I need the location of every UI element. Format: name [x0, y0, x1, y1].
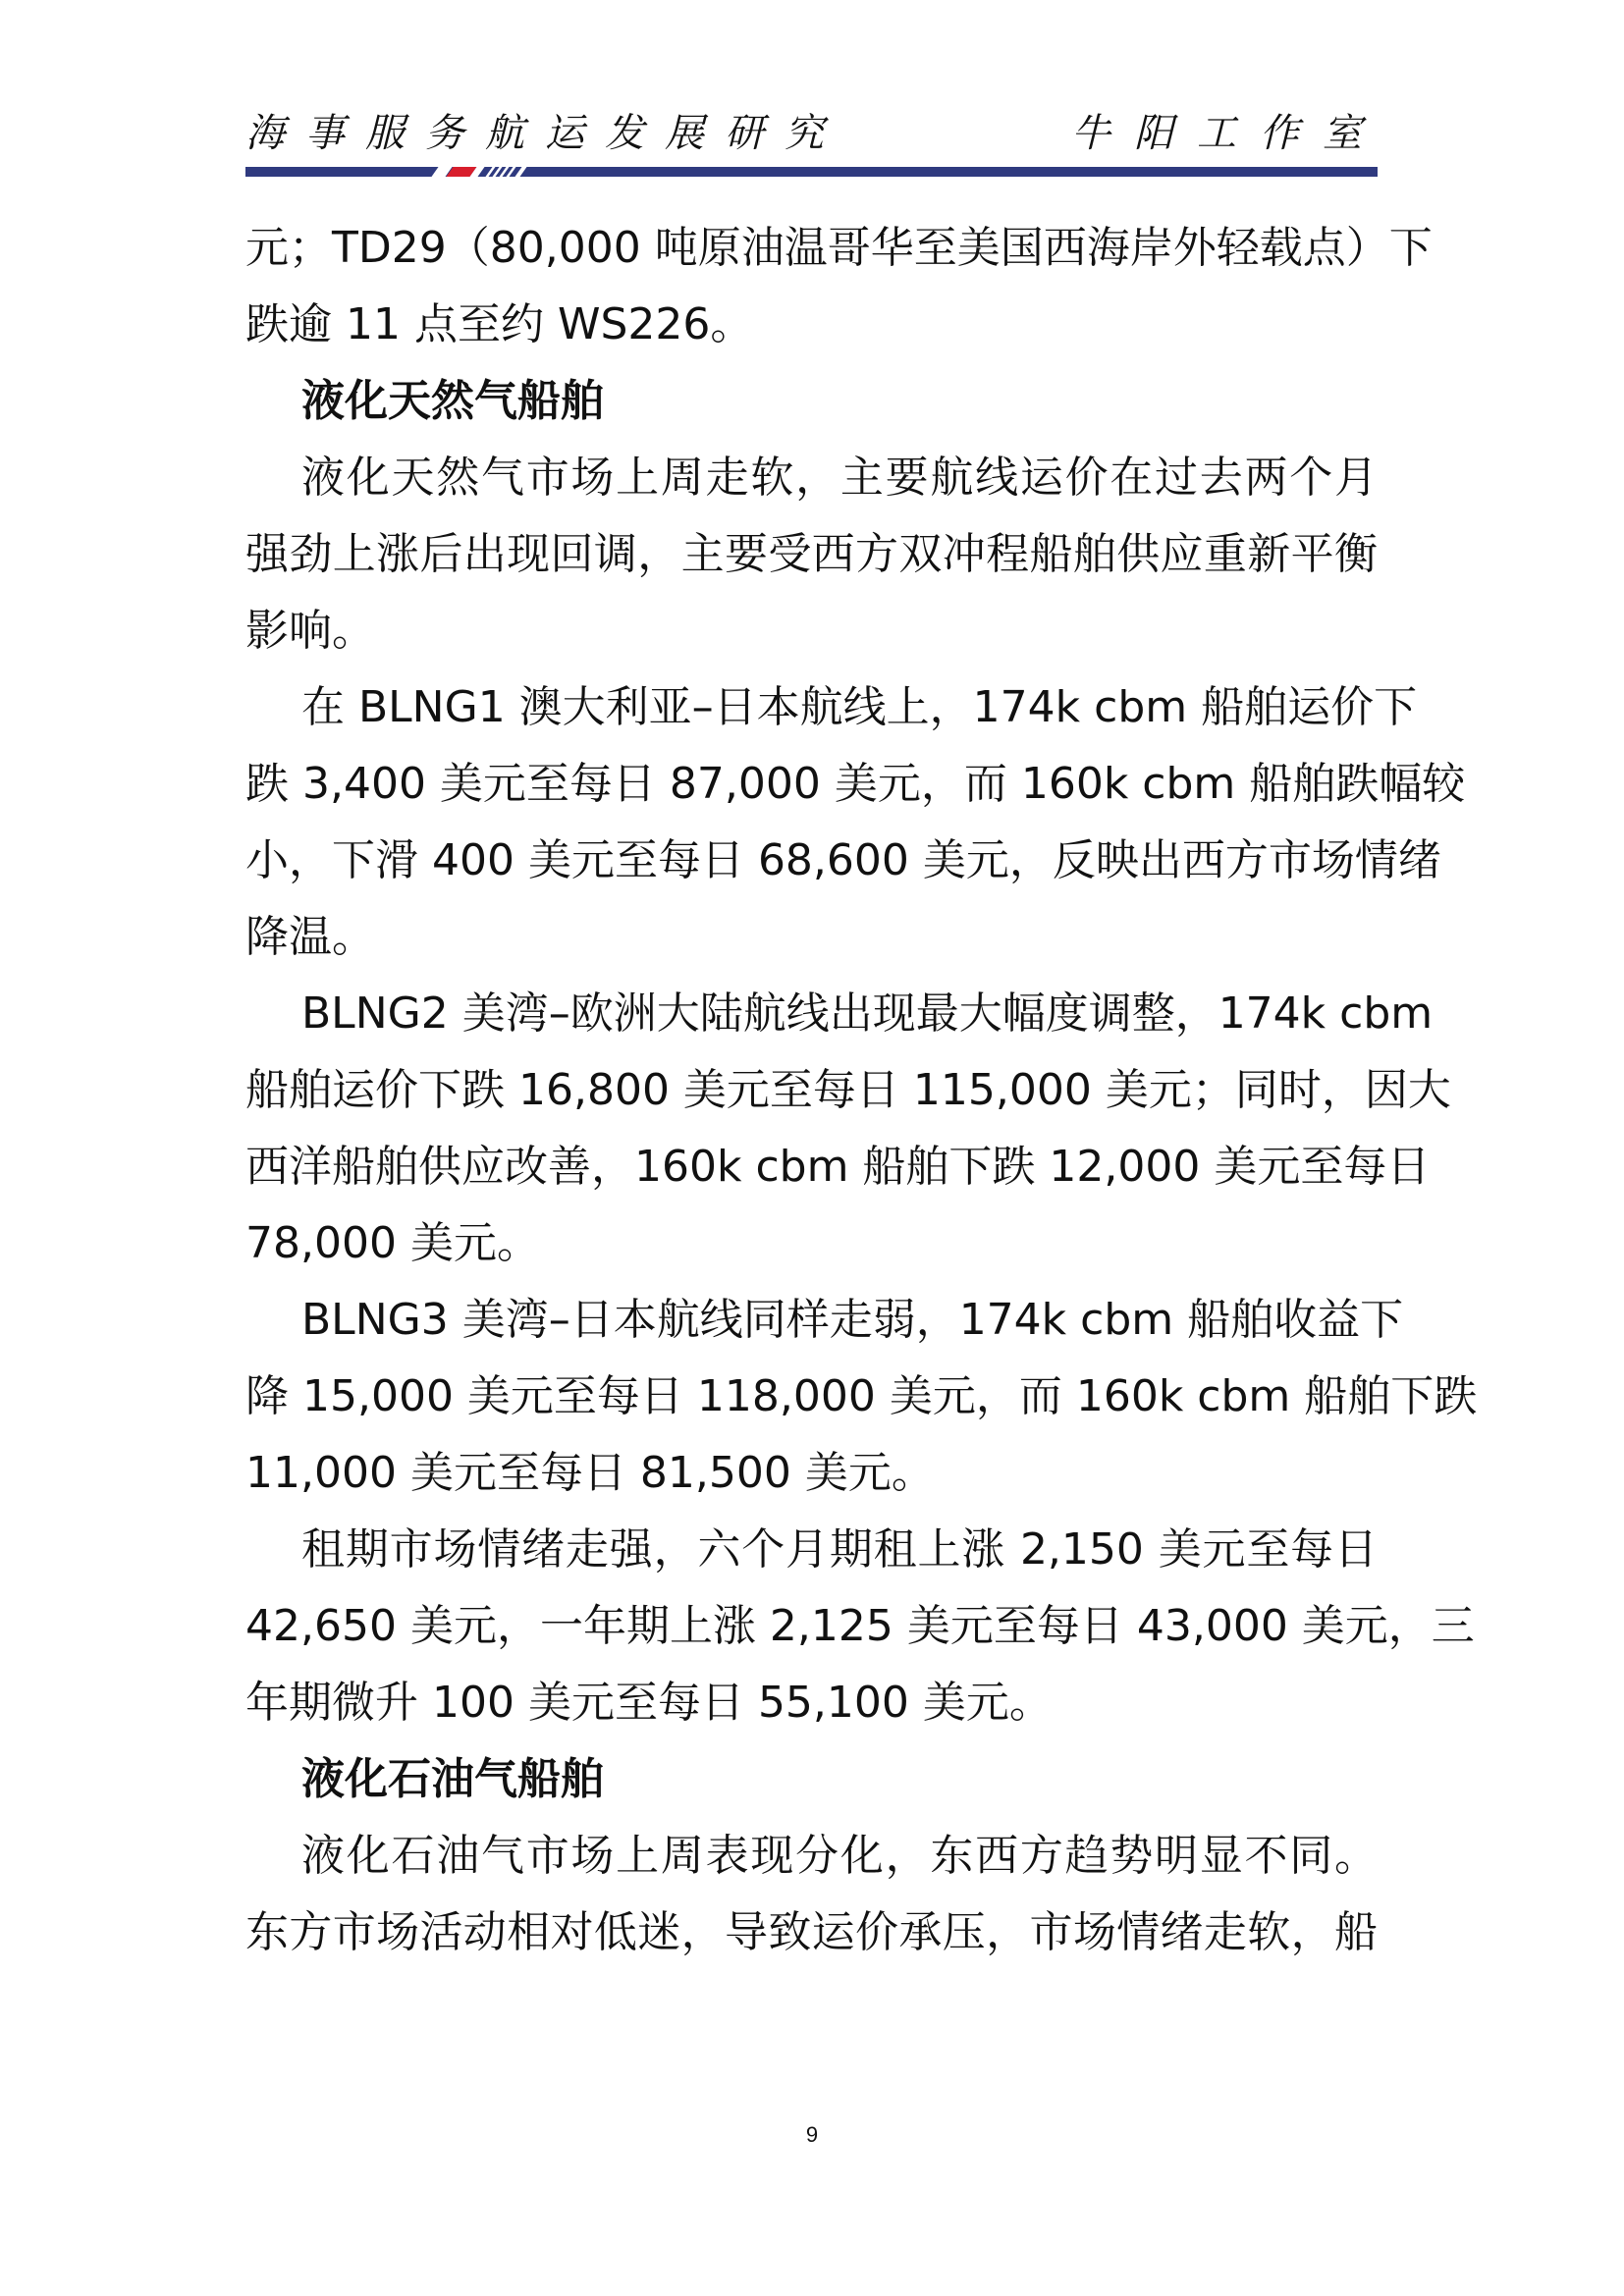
body-line: 船舶运价下跌 16,800 美元至每日 115,000 美元；同时，因大 [245, 1052, 1378, 1129]
body-line: 西洋船舶供应改善，160k cbm 船舶下跌 12,000 美元至每日 [245, 1129, 1378, 1205]
header-divider-bar [245, 167, 1378, 177]
body-line: 跌 3,400 美元至每日 87,000 美元，而 160k cbm 船舶跌幅较 [245, 746, 1378, 823]
document-body: 元；TD29（80,000 吨原油温哥华至美国西海岸外轻载点）下 跌逾 11 点… [245, 210, 1384, 1971]
paragraph-first-line: BLNG2 美湾–欧洲大陆航线出现最大幅度调整，174k cbm [245, 976, 1378, 1052]
body-line: 降 15,000 美元至每日 118,000 美元，而 160k cbm 船舶下… [245, 1359, 1378, 1435]
paragraph-first-line: 液化天然气市场上周走软，主要航线运价在过去两个月 [245, 440, 1378, 516]
body-line: 11,000 美元至每日 81,500 美元。 [245, 1435, 1378, 1512]
paragraph-first-line: 租期市场情绪走强，六个月期租上涨 2,150 美元至每日 [245, 1512, 1378, 1588]
page-number: 9 [0, 2122, 1624, 2148]
body-line: 降温。 [245, 899, 1378, 976]
body-line: 小，下滑 400 美元至每日 68,600 美元，反映出西方市场情绪 [245, 823, 1378, 899]
section-heading-lpg: 液化石油气船舶 [245, 1741, 1384, 1818]
body-line: 42,650 美元，一年期上涨 2,125 美元至每日 43,000 美元，三 [245, 1588, 1378, 1665]
header-left-title: 海事服务航运发展研究 [245, 102, 844, 158]
paragraph-first-line: BLNG3 美湾–日本航线同样走弱，174k cbm 船舶收益下 [245, 1282, 1378, 1359]
paragraph-first-line: 液化石油气市场上周表现分化，东西方趋势明显不同。 [245, 1818, 1378, 1895]
header-right-title: 牛阳工作室 [1071, 102, 1385, 158]
body-line: 影响。 [245, 593, 1378, 669]
body-line: 78,000 美元。 [245, 1205, 1378, 1282]
body-line: 东方市场活动相对低迷，导致运价承压，市场情绪走软，船 [245, 1895, 1378, 1971]
body-line: 跌逾 11 点至约 WS226。 [245, 287, 1378, 363]
section-heading-lng: 液化天然气船舶 [245, 363, 1384, 440]
body-line: 强劲上涨后出现回调，主要受西方双冲程船舶供应重新平衡 [245, 516, 1378, 593]
page-header: 海事服务航运发展研究 牛阳工作室 [245, 98, 1378, 157]
paragraph-first-line: 在 BLNG1 澳大利亚–日本航线上，174k cbm 船舶运价下 [245, 669, 1378, 746]
body-line: 元；TD29（80,000 吨原油温哥华至美国西海岸外轻载点）下 [245, 210, 1378, 287]
bar-white-stripe [514, 167, 526, 177]
body-line: 年期微升 100 美元至每日 55,100 美元。 [245, 1665, 1378, 1741]
